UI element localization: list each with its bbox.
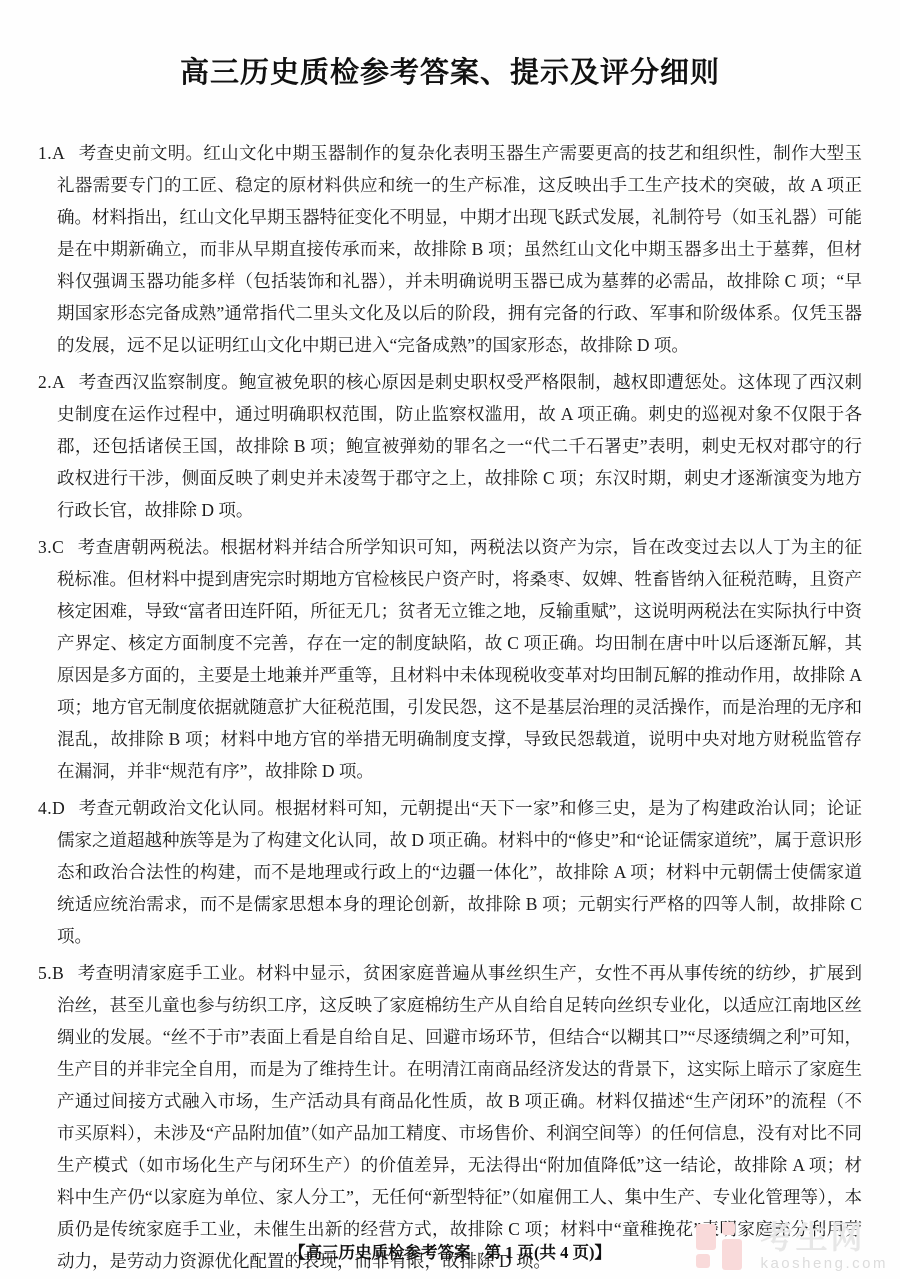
answer-text: 考查西汉监察制度。鲍宣被免职的核心原因是刺史职权受严格限制，越权即遭惩处。这体现… xyxy=(57,372,862,520)
answer-item-3: 3.C考查唐朝两税法。根据材料并结合所学知识可知，两税法以资产为宗，旨在改变过去… xyxy=(38,531,862,787)
answer-item-1: 1.A考查史前文明。红山文化中期玉器制作的复杂化表明玉器生产需要更高的技艺和组织… xyxy=(38,137,862,361)
answer-item-2: 2.A考查西汉监察制度。鲍宣被免职的核心原因是刺史职权受严格限制，越权即遭惩处。… xyxy=(38,366,862,526)
answer-text: 考查唐朝两税法。根据材料并结合所学知识可知，两税法以资产为宗，旨在改变过去以人丁… xyxy=(57,537,862,781)
answer-number: 3.C xyxy=(38,537,64,557)
answer-number: 1.A xyxy=(38,143,65,163)
answer-sheet-page: 高三历史质检参考答案、提示及评分细则 1.A考查史前文明。红山文化中期玉器制作的… xyxy=(0,0,900,1279)
answer-text: 考查明清家庭手工业。材料中显示，贫困家庭普遍从事丝织生产，女性不再从事传统的纺纱… xyxy=(57,963,862,1271)
page-title: 高三历史质检参考答案、提示及评分细则 xyxy=(0,0,900,91)
footer-title: 【高三历史质检参考答案 xyxy=(289,1244,471,1262)
answer-number: 5.B xyxy=(38,963,64,983)
answer-item-4: 4.D考查元朝政治文化认同。根据材料可知，元朝提出“天下一家”和修三史，是为了构… xyxy=(38,792,862,952)
footer-page-number: 第 1 页(共 4 页)】 xyxy=(485,1243,612,1262)
answer-text: 考查史前文明。红山文化中期玉器制作的复杂化表明玉器生产需要更高的技艺和组织性，制… xyxy=(57,143,862,355)
answer-item-5: 5.B考查明清家庭手工业。材料中显示，贫困家庭普遍从事丝织生产，女性不再从事传统… xyxy=(38,957,862,1277)
answer-number: 4.D xyxy=(38,798,65,818)
answer-text: 考查元朝政治文化认同。根据材料可知，元朝提出“天下一家”和修三史，是为了构建政治… xyxy=(57,798,862,946)
answers-body: 1.A考查史前文明。红山文化中期玉器制作的复杂化表明玉器生产需要更高的技艺和组织… xyxy=(38,137,862,1277)
page-footer: 【高三历史质检参考答案第 1 页(共 4 页)】 xyxy=(0,1239,900,1263)
answer-number: 2.A xyxy=(38,372,65,392)
